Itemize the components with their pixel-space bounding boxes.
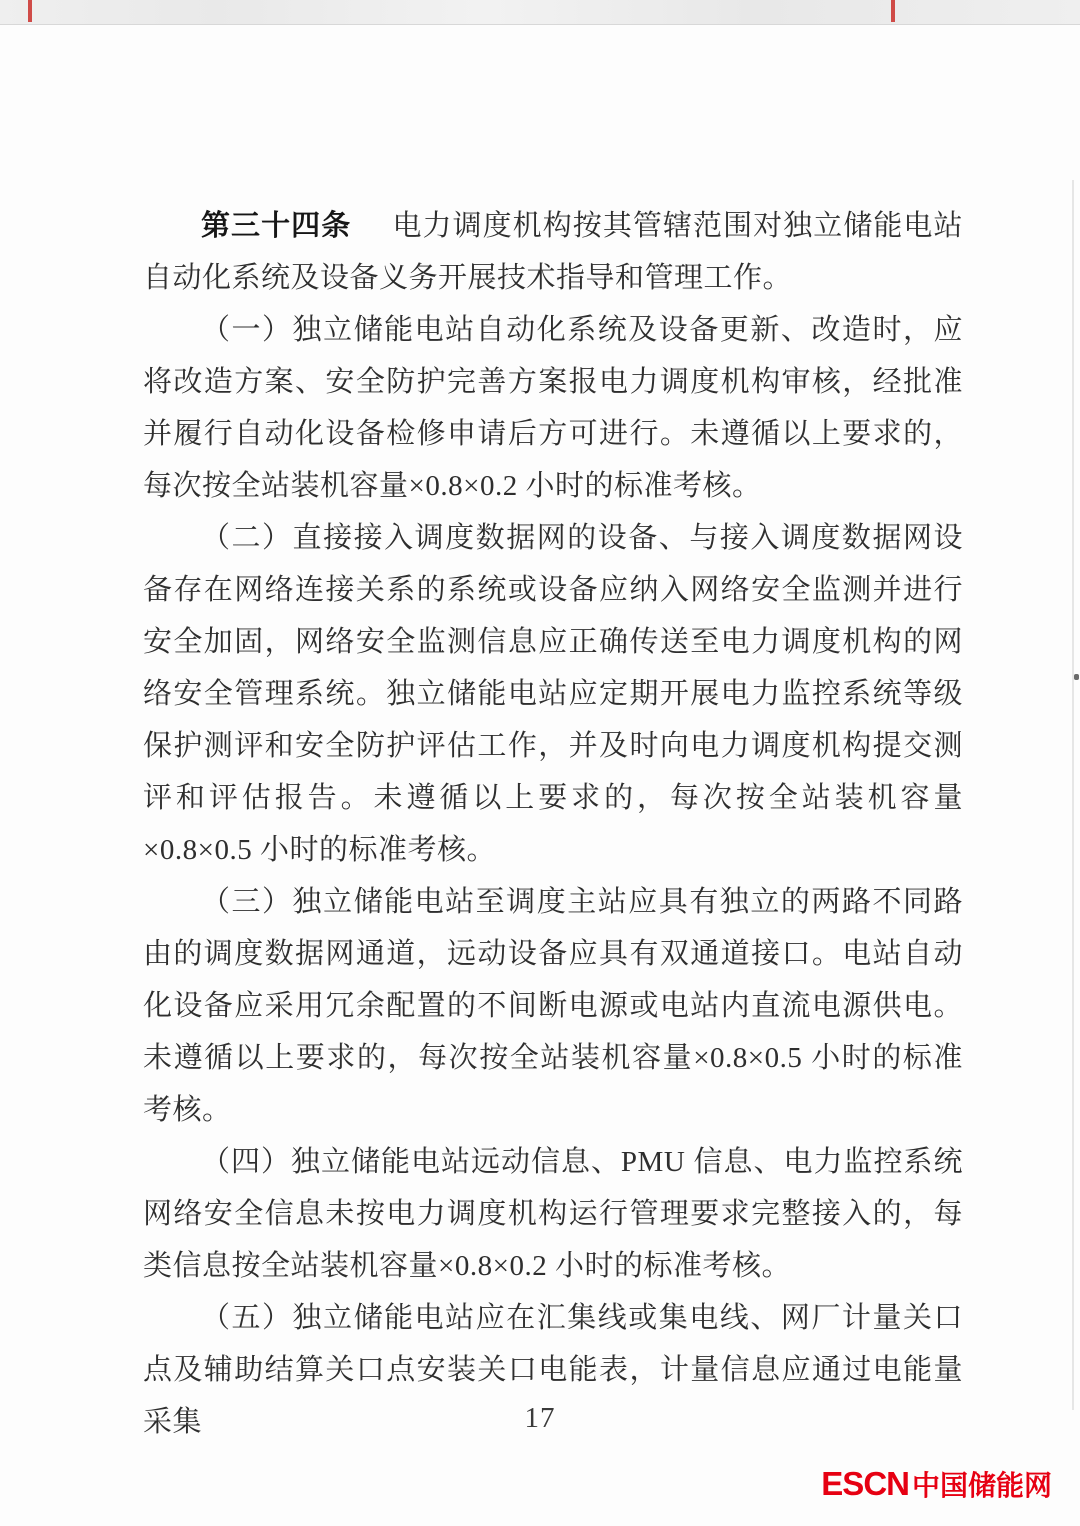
red-edge-mark-left — [28, 0, 32, 22]
article-number: 第三十四条 — [201, 210, 351, 242]
clause-paragraph-4: （四）独立储能电站远动信息、PMU 信息、电力监控系统网络安全信息未按电力调度机… — [143, 1136, 963, 1292]
escn-logo-latin: ESCN — [821, 1465, 909, 1502]
clause-paragraph-1: （一）独立储能电站自动化系统及设备更新、改造时，应将改造方案、安全防护完善方案报… — [143, 304, 963, 512]
clause-paragraph-2: （二）直接接入调度数据网的设备、与接入调度数据网设备存在网络连接关系的系统或设备… — [143, 512, 963, 876]
article-body: 第三十四条电力调度机构按其管辖范围对独立储能电站自动化系统及设备义务开展技术指导… — [143, 200, 963, 1448]
scan-edge-band — [0, 0, 1080, 25]
escn-logo-cjk: 中国储能网 — [912, 1470, 1052, 1501]
page-number: 17 — [0, 1402, 1080, 1435]
document-page: 第三十四条电力调度机构按其管辖范围对独立储能电站自动化系统及设备义务开展技术指导… — [0, 0, 1080, 1526]
scan-artifact-line — [1072, 180, 1074, 1410]
article-heading-paragraph: 第三十四条电力调度机构按其管辖范围对独立储能电站自动化系统及设备义务开展技术指导… — [143, 200, 963, 304]
clause-paragraph-3: （三）独立储能电站至调度主站应具有独立的两路不同路由的调度数据网通道，远动设备应… — [143, 876, 963, 1136]
escn-logo: ESCN中国储能网 — [821, 1468, 1052, 1507]
red-edge-mark-right — [891, 0, 895, 22]
scan-artifact-dot — [1074, 674, 1079, 680]
